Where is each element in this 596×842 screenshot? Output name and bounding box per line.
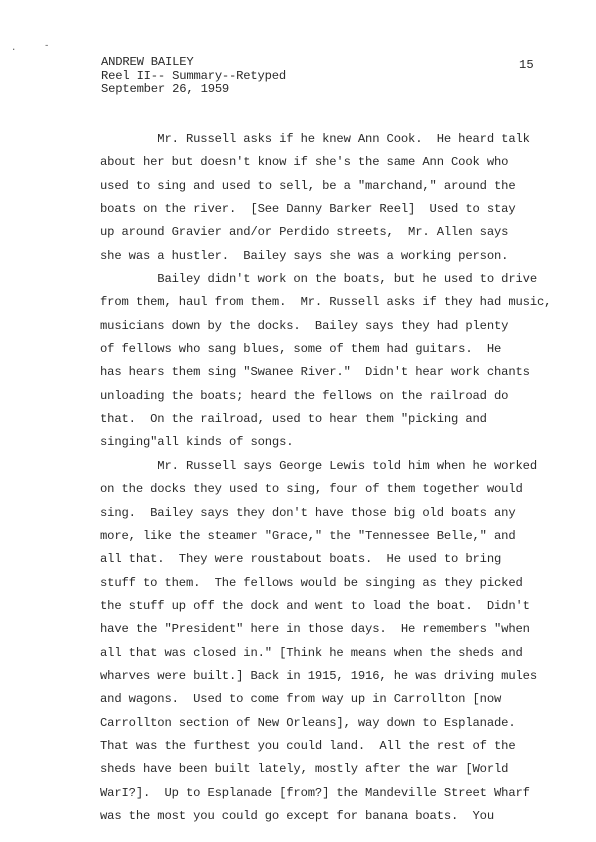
text-line: more, like the steamer "Grace," the "Ten… (100, 525, 590, 548)
document-header: ANDREW BAILEY Reel II-- Summary--Retyped… (101, 56, 286, 97)
stray-mark: - (44, 41, 49, 51)
text-line: was the most you could go except for ban… (100, 805, 590, 828)
text-line: stuff to them. The fellows would be sing… (100, 572, 590, 595)
interview-date: September 26, 1959 (101, 83, 286, 97)
text-line: sing. Bailey says they don't have those … (100, 502, 590, 525)
text-line: That was the furthest you could land. Al… (100, 735, 590, 758)
page-number: 15 (519, 58, 534, 72)
text-line: from them, haul from them. Mr. Russell a… (100, 291, 590, 314)
text-line: Carrollton section of New Orleans], way … (100, 712, 590, 735)
text-line: has hears them sing "Swanee River." Didn… (100, 361, 590, 384)
text-line: unloading the boats; heard the fellows o… (100, 385, 590, 408)
reel-info: Reel II-- Summary--Retyped (101, 70, 286, 84)
text-line: that. On the railroad, used to hear them… (100, 408, 590, 431)
text-line: Bailey didn't work on the boats, but he … (100, 268, 590, 291)
text-line: the stuff up off the dock and went to lo… (100, 595, 590, 618)
text-line: and wagons. Used to come from way up in … (100, 688, 590, 711)
document-body: Mr. Russell asks if he knew Ann Cook. He… (100, 128, 590, 828)
text-line: Mr. Russell asks if he knew Ann Cook. He… (100, 128, 590, 151)
stray-mark: . (11, 43, 16, 53)
text-line: wharves were built.] Back in 1915, 1916,… (100, 665, 590, 688)
interviewee-name: ANDREW BAILEY (101, 56, 286, 70)
text-line: of fellows who sang blues, some of them … (100, 338, 590, 361)
text-line: have the "President" here in those days.… (100, 618, 590, 641)
text-line: she was a hustler. Bailey says she was a… (100, 245, 590, 268)
text-line: singing"all kinds of songs. (100, 431, 590, 454)
text-line: up around Gravier and/or Perdido streets… (100, 221, 590, 244)
text-line: on the docks they used to sing, four of … (100, 478, 590, 501)
text-line: all that. They were roustabout boats. He… (100, 548, 590, 571)
text-line: about her but doesn't know if she's the … (100, 151, 590, 174)
text-line: Mr. Russell says George Lewis told him w… (100, 455, 590, 478)
text-line: WarI?]. Up to Esplanade [from?] the Mand… (100, 782, 590, 805)
text-line: used to sing and used to sell, be a "mar… (100, 175, 590, 198)
text-line: musicians down by the docks. Bailey says… (100, 315, 590, 338)
text-line: boats on the river. [See Danny Barker Re… (100, 198, 590, 221)
text-line: sheds have been built lately, mostly aft… (100, 758, 590, 781)
text-line: all that was closed in." [Think he means… (100, 642, 590, 665)
